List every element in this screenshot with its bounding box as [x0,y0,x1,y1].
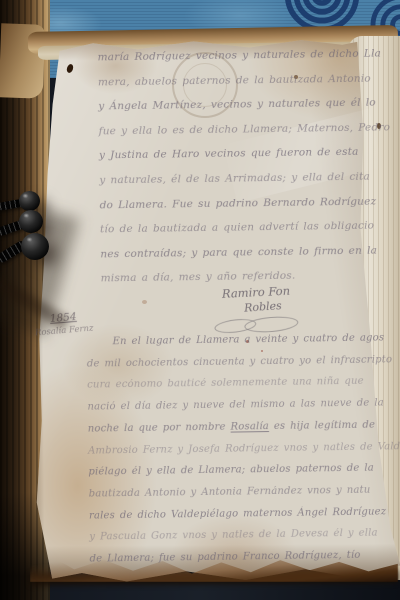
binding-post-knob [19,191,40,211]
underlined-name: Rosalía [230,421,269,433]
binding-post-knob [21,233,49,260]
manuscript-line: de Llamera; fue su padrino Franco Rodríg… [89,544,400,570]
photo-of-manuscript-book: maría Rodríguez vecinos y naturales de d… [0,0,400,600]
binding-post-knob [19,210,43,233]
handwritten-text-layer: maría Rodríguez vecinos y naturales de d… [0,0,400,600]
paragraph-previous-entry: maría Rodríguez vecinos y naturales de d… [97,41,392,291]
signature-surname: Robles [244,299,291,315]
signature-block: Ramiro Fon Robles [222,285,291,314]
paragraph-baptism-entry: En el lugar de Llamera a veinte y cuatro… [86,327,400,570]
